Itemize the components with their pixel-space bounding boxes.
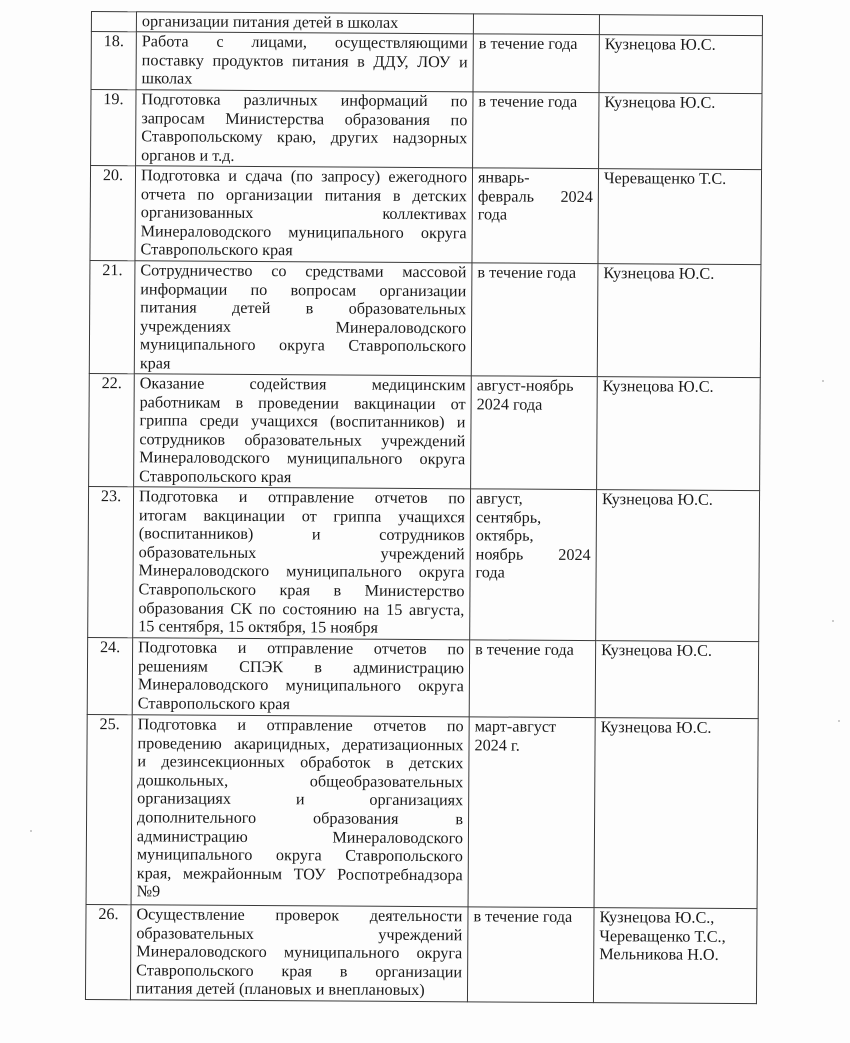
text-line: 2024 г.: [474, 736, 589, 755]
text-line: образовательных учреждений: [136, 924, 462, 945]
text-line: информации по вопросам организации: [140, 280, 466, 301]
text-line: администрацию Минераловодского: [137, 827, 463, 848]
text-line: в течение года: [478, 92, 593, 111]
text-line: муниципального округа Ставропольского: [137, 845, 463, 866]
text-line: Кузнецова Ю.С.: [601, 641, 753, 661]
task-period: в течение года: [473, 34, 599, 93]
task-description: Подготовка различных информаций позапрос…: [136, 90, 473, 168]
text-line: и дезинсекционных обработок в детских: [137, 752, 463, 773]
text-line: Кузнецова Ю.С.: [601, 718, 753, 738]
table-row: 25.Подготовка и отправление отчетов попр…: [86, 714, 758, 908]
text-line: края: [140, 354, 466, 375]
task-description: Оказание содействия медицинскимработника…: [134, 374, 472, 489]
text-line: органов и т.д.: [141, 146, 467, 167]
text-line: Ставропольского края в организации: [136, 961, 462, 982]
text-line: Кузнецова Ю.С.: [602, 490, 754, 510]
text-line: Кузнецова Ю.С.: [605, 35, 757, 55]
text-line: август,: [476, 489, 591, 508]
task-description: Осуществление проверок деятельностиобраз…: [130, 905, 468, 1002]
text-line: ноябрь 2024: [476, 545, 591, 564]
text-line: года: [478, 206, 593, 225]
item-number: 21.: [89, 260, 135, 373]
text-line: дополнительного образования в: [137, 808, 463, 829]
task-period: январь-февраль 2024года: [472, 168, 599, 264]
text-line: питания детей в образовательных: [140, 298, 466, 319]
item-number: 18.: [91, 32, 136, 90]
responsible-person: [599, 15, 762, 36]
text-line: март-август: [475, 717, 590, 736]
text-line: запросам Министерства образования по: [141, 109, 467, 130]
text-line: Кузнецова Ю.С.,: [599, 908, 751, 928]
plan-table-wrapper: организации питания детей в школах18.Раб…: [85, 11, 762, 1004]
text-line: года: [476, 564, 591, 583]
text-line: Подготовка различных информаций по: [141, 90, 467, 111]
text-line: в течение года: [473, 907, 588, 926]
text-line: отчета по организации питания в детских: [141, 185, 467, 206]
table-row: 26.Осуществление проверок деятельностиоб…: [85, 904, 757, 1003]
text-line: Кузнецова Ю.С.: [604, 93, 756, 113]
table-row: 19.Подготовка различных информаций позап…: [91, 90, 762, 170]
scanned-page: организации питания детей в школах18.Раб…: [0, 0, 850, 1043]
table-row: 18.Работа с лицами, осуществляющимипоста…: [91, 32, 762, 94]
text-line: в течение года: [479, 34, 594, 53]
table-row: 21.Сотрудничество со средствами массовой…: [89, 260, 761, 377]
task-period: август-ноябрь2024 года: [471, 376, 598, 490]
text-line: 15 сентября, 15 октября, 15 ноября: [138, 617, 464, 638]
text-line: Мельникова Н.О.: [599, 945, 751, 965]
task-period: [473, 14, 599, 35]
text-line: февраль 2024: [478, 187, 593, 206]
text-line: образования СК по состоянию на 15 август…: [138, 599, 464, 620]
task-period: в течение года: [471, 263, 598, 377]
responsible-person: Череващенко Т.С.: [598, 169, 762, 265]
task-description: Сотрудничество со средствами массовойинф…: [134, 261, 472, 376]
table-row: 24.Подготовка и отправление отчетов поре…: [87, 637, 758, 718]
text-line: школах: [142, 69, 468, 90]
text-line: гриппа среди учащихся (воспитанников) и: [139, 411, 465, 432]
text-line: Подготовка и отправление отчетов по: [138, 638, 464, 659]
text-line: №9: [137, 883, 463, 904]
text-line: в течение года: [475, 640, 590, 659]
table-row: 23.Подготовка и отправление отчетов поит…: [88, 486, 760, 641]
table-row: 20.Подготовка и сдача (по запросу) ежего…: [90, 166, 762, 265]
text-line: решениям СПЭК в администрацию: [138, 657, 464, 678]
item-number: [91, 12, 136, 32]
responsible-person: Кузнецова Ю.С.: [597, 377, 761, 491]
text-line: Минераловодского муниципального округа: [139, 449, 465, 470]
responsible-person: Кузнецова Ю.С.: [599, 35, 762, 94]
scan-speck: [838, 720, 840, 722]
text-line: Кузнецова Ю.С.: [603, 264, 755, 284]
task-period: март-август2024 г.: [468, 717, 595, 908]
task-period: август,сентябрь,октябрь,ноябрь 2024года: [470, 489, 597, 641]
text-line: организованных коллективах: [141, 203, 467, 224]
scan-speck: [30, 830, 32, 832]
item-number: 20.: [90, 166, 136, 261]
text-line: Ставропольскому краю, других надзорных: [141, 127, 467, 148]
text-line: организациях и организациях: [137, 790, 463, 811]
text-line: Минераловодского муниципального округа: [138, 675, 464, 696]
text-line: питания детей (плановых и внеплановых): [136, 980, 462, 1001]
item-number: 19.: [91, 90, 136, 166]
text-line: Оказание содействия медицинским: [140, 374, 466, 395]
responsible-person: Кузнецова Ю.С.: [594, 718, 758, 909]
text-line: Кузнецова Ю.С.: [603, 377, 755, 397]
text-line: края, межрайонным ТОУ Роспотребнадзора: [137, 864, 463, 885]
text-line: Подготовка и отправление отчетов по: [138, 715, 464, 736]
task-description: Работа с лицами, осуществляющимипоставку…: [136, 32, 473, 92]
scan-speck: [822, 380, 824, 382]
text-line: поставку продуктов питания в ДДУ, ЛОУ и: [142, 51, 468, 72]
item-number: 25.: [86, 714, 132, 904]
work-plan-table: организации питания детей в школах18.Раб…: [85, 11, 763, 1004]
task-period: в течение года: [467, 907, 594, 1003]
text-line: Ставропольского края: [139, 467, 465, 488]
text-line: учреждениях Минераловодского: [140, 317, 466, 338]
text-line: Подготовка и отправление отчетов по: [139, 487, 465, 508]
text-line: Минераловодского муниципального округа: [139, 562, 465, 583]
responsible-person: Кузнецова Ю.С.: [599, 93, 762, 170]
text-line: Ставропольского края: [140, 241, 466, 262]
responsible-person: Кузнецова Ю.С.: [595, 641, 758, 719]
table-row: 22.Оказание содействия медицинскимработн…: [89, 373, 761, 490]
text-line: Подготовка и сдача (по запросу) ежегодно…: [141, 166, 467, 187]
responsible-person: Кузнецова Ю.С.: [596, 490, 760, 642]
text-line: Осуществление проверок деятельности: [136, 905, 462, 926]
text-line: Череващенко Т.С.: [604, 169, 756, 189]
text-line: август-ноябрь: [477, 376, 592, 395]
responsible-person: Кузнецова Ю.С.: [597, 264, 761, 378]
item-number: 22.: [89, 373, 135, 486]
text-line: Минераловодского муниципального округа: [141, 222, 467, 243]
scan-speck: [832, 620, 834, 622]
task-description: Подготовка и отправление отчетов порешен…: [132, 638, 469, 717]
task-period: в течение года: [469, 640, 595, 718]
text-line: Работа с лицами, осуществляющими: [142, 32, 468, 53]
text-line: Ставропольского края в Министерство: [138, 580, 464, 601]
task-period: в течение года: [473, 92, 599, 169]
text-line: Минераловодского муниципального округа: [136, 942, 462, 963]
text-line: муниципального округа Ставропольского: [140, 336, 466, 357]
task-description: Подготовка и отправление отчетов поитога…: [133, 487, 471, 640]
text-line: проведению акарицидных, дератизационных: [137, 734, 463, 755]
work-plan-table-body: организации питания детей в школах18.Раб…: [85, 12, 762, 1004]
text-line: (воспитанников) и сотрудников: [139, 524, 465, 545]
task-description: организации питания детей в школах: [136, 12, 473, 34]
responsible-person: Кузнецова Ю.С.,Череващенко Т.С.,Мельнико…: [593, 908, 757, 1004]
text-line: январь-: [478, 168, 593, 187]
text-line: сентябрь,: [476, 508, 591, 527]
task-description: Подготовка и сдача (по запросу) ежегодно…: [135, 166, 473, 263]
text-line: Ставропольского края: [138, 694, 464, 715]
text-line: сотрудников образовательных учреждений: [139, 430, 465, 451]
item-number: 23.: [88, 486, 134, 637]
text-line: работникам в проведении вакцинации от: [140, 393, 466, 414]
text-line: в течение года: [477, 263, 592, 282]
item-number: 26.: [85, 904, 131, 999]
task-description: Подготовка и отправление отчетов попрове…: [131, 715, 469, 907]
item-number: 24.: [87, 637, 132, 714]
text-line: Череващенко Т.С.,: [599, 927, 751, 947]
text-line: образовательных учреждений: [139, 543, 465, 564]
text-line: октябрь,: [476, 527, 591, 546]
text-line: итогам вакцинации от гриппа учащихся: [139, 506, 465, 527]
text-line: Сотрудничество со средствами массовой: [140, 261, 466, 282]
text-line: 2024 года: [477, 395, 592, 414]
text-line: дошкольных, общеобразовательных: [137, 771, 463, 792]
text-line: организации питания детей в школах: [142, 12, 468, 33]
